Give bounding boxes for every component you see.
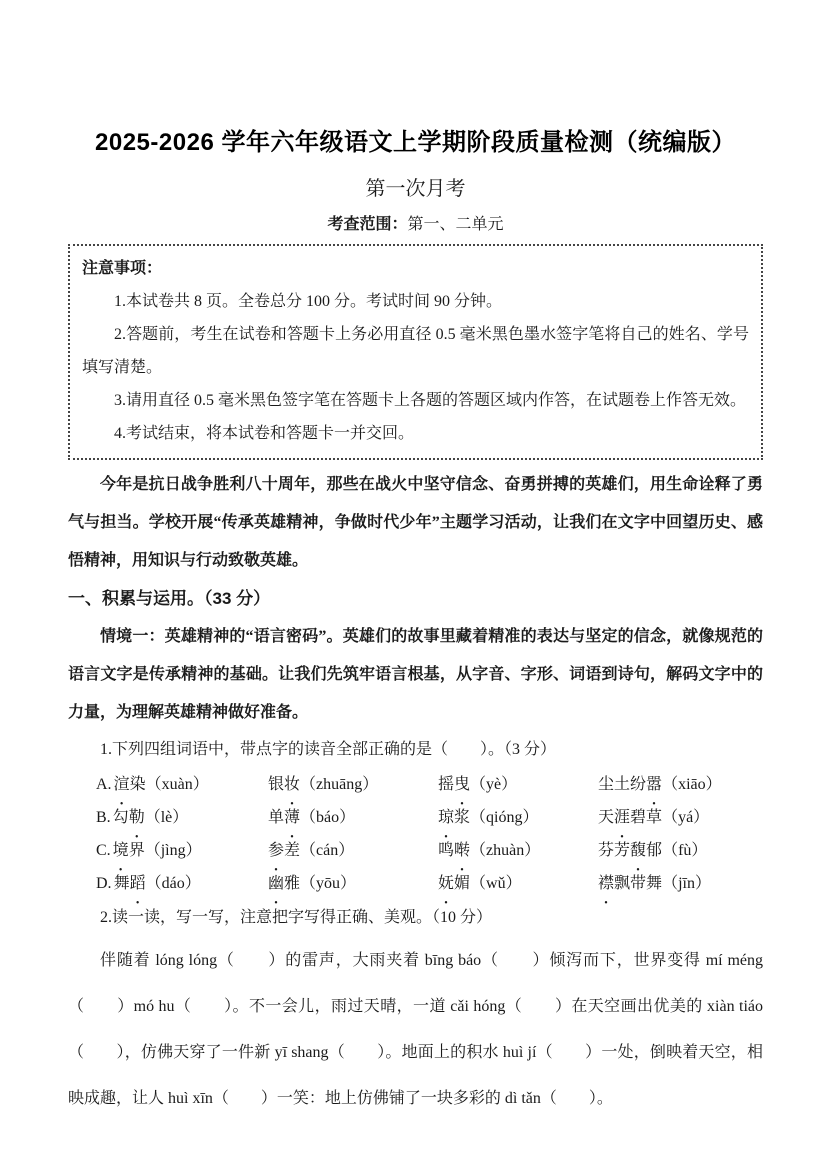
notice-box: 注意事项： 1.本试卷共 8 页。全卷总分 100 分。考试时间 90 分钟。2… (68, 244, 763, 460)
q1-option-row-b: B.勾勒（lè）单薄（báo）琼浆（qióng）天涯碧草（yá） (96, 801, 763, 834)
option-letter: B. (96, 809, 111, 826)
character: 单 (268, 809, 284, 826)
paper-title: 2025-2026 学年六年级语文上学期阶段质量检测（统编版） (68, 126, 763, 160)
word-with-pinyin: 天涯碧草（yá） (598, 801, 763, 834)
pinyin-annotation: （yè） (470, 776, 517, 793)
pinyin-annotation: （lè） (145, 809, 189, 826)
pinyin-annotation: （jīn） (662, 875, 711, 892)
notice-item: 1.本试卷共 8 页。全卷总分 100 分。考试时间 90 分钟。 (82, 285, 749, 318)
option-letter: C. (96, 842, 111, 859)
option-letter: A. (96, 776, 112, 793)
pinyin-annotation: （dáo） (146, 875, 201, 892)
dotted-character: 曳 (454, 768, 470, 801)
pinyin-annotation: （xuàn） (146, 776, 209, 793)
character: 鸣 (438, 842, 454, 859)
intro-paragraph: 今年是抗日战争胜利八十周年，那些在战火中坚守信念、奋勇拼搏的英雄们，用生命诠释了… (68, 466, 763, 580)
dotted-character: 勒 (129, 801, 145, 834)
character: 带 (630, 875, 646, 892)
character: 芬 (598, 842, 614, 859)
dotted-character: 啭 (454, 834, 470, 867)
character: 雅 (284, 875, 300, 892)
question1-stem: 1.下列四组词语中，带点字的读音全部正确的是（ ）。（3 分） (68, 732, 763, 768)
question2-passage: 伴随着 lóng lóng（ ）的雷声，大雨夹着 bīng báo（ ）倾泻而下… (68, 938, 763, 1122)
word-with-pinyin: 襟飘带舞（jīn） (598, 867, 763, 900)
dotted-character: 襟 (598, 867, 614, 900)
character: 勾 (113, 809, 129, 826)
character: 纷 (630, 776, 646, 793)
character: 郁 (646, 842, 662, 859)
notice-item: 3.请用直径 0.5 毫米黑色签字笔在答题卡上各题的答题区域内作答，在试题卷上作… (82, 384, 749, 417)
pinyin-annotation: （jìng） (145, 842, 202, 859)
pinyin-annotation: （báo） (300, 809, 355, 826)
word-with-pinyin: 单薄（báo） (268, 801, 438, 834)
character: 舞 (646, 875, 662, 892)
word-with-pinyin: 尘土纷嚣（xiāo） (598, 768, 763, 801)
character: 媚 (454, 875, 470, 892)
exam-scope-label: 考查范围： (327, 216, 407, 233)
notice-heading: 注意事项： (82, 252, 749, 285)
dotted-character: 渲 (114, 768, 130, 801)
dotted-character: 琼 (438, 801, 454, 834)
pinyin-annotation: （fù） (662, 842, 707, 859)
character: 碧 (630, 809, 646, 826)
notice-item: 4.考试结束，将本试卷和答题卡一并交回。 (82, 417, 749, 450)
q1-option-row-d: D.舞蹈（dáo）幽雅（yōu）妩媚（wǔ）襟飘带舞（jīn） (96, 867, 763, 900)
character: 草 (646, 809, 662, 826)
dotted-character: 幽 (268, 867, 284, 900)
pinyin-annotation: （zhuāng） (300, 776, 378, 793)
dotted-character: 妩 (438, 867, 454, 900)
dotted-character: 蹈 (130, 867, 146, 900)
scenario1-paragraph: 情境一：英雄精神的“语言密码”。英雄们的故事里藏着精准的表达与坚定的信念，就像规… (68, 618, 763, 732)
dotted-character: 嚣 (646, 768, 662, 801)
word-with-pinyin: A.渲染（xuàn） (96, 768, 268, 801)
character: 摇 (438, 776, 454, 793)
pinyin-annotation: （zhuàn） (470, 842, 540, 859)
character: 浆 (454, 809, 470, 826)
character: 染 (130, 776, 146, 793)
character: 土 (614, 776, 630, 793)
pinyin-annotation: （xiāo） (662, 776, 722, 793)
paper-subtitle: 第一次月考 (68, 175, 763, 203)
character: 银 (268, 776, 284, 793)
dotted-character: 涯 (614, 801, 630, 834)
option-letter: D. (96, 875, 112, 892)
pinyin-annotation: （yōu） (300, 875, 356, 892)
dotted-character: 境 (113, 834, 129, 867)
character: 舞 (114, 875, 130, 892)
question1-options: A.渲染（xuàn）银妆（zhuāng）摇曳（yè）尘土纷嚣（xiāo）B.勾勒… (68, 768, 763, 900)
exam-paper-page: 2025-2026 学年六年级语文上学期阶段质量检测（统编版） 第一次月考 考查… (0, 0, 827, 1169)
character: 天 (598, 809, 614, 826)
word-with-pinyin: 鸣啭（zhuàn） (438, 834, 598, 867)
character: 尘 (598, 776, 614, 793)
dotted-character: 妆 (284, 768, 300, 801)
pinyin-annotation: （qióng） (470, 809, 538, 826)
character: 芳 (614, 842, 630, 859)
q1-option-row-a: A.渲染（xuàn）银妆（zhuāng）摇曳（yè）尘土纷嚣（xiāo） (96, 768, 763, 801)
dotted-character: 薄 (284, 801, 300, 834)
exam-scope-line: 考查范围：第一、二单元 (68, 214, 763, 236)
word-with-pinyin: 银妆（zhuāng） (268, 768, 438, 801)
character: 界 (129, 842, 145, 859)
dotted-character: 参 (268, 834, 284, 867)
character: 飘 (614, 875, 630, 892)
q1-option-row-c: C.境界（jìng）参差（cán）鸣啭（zhuàn）芬芳馥郁（fù） (96, 834, 763, 867)
word-with-pinyin: C.境界（jìng） (96, 834, 268, 867)
exam-scope-value: 第一、二单元 (408, 216, 504, 233)
notice-item-list: 1.本试卷共 8 页。全卷总分 100 分。考试时间 90 分钟。2.答题前，考… (82, 285, 749, 450)
word-with-pinyin: 摇曳（yè） (438, 768, 598, 801)
section1-heading: 一、积累与运用。（33 分） (68, 580, 763, 618)
character: 差 (284, 842, 300, 859)
pinyin-annotation: （yá） (662, 809, 709, 826)
question2-stem: 2.读一读，写一写，注意把字写得正确、美观。（10 分） (68, 900, 763, 936)
pinyin-annotation: （cán） (300, 842, 354, 859)
word-with-pinyin: 幽雅（yōu） (268, 867, 438, 900)
notice-item: 2.答题前，考生在试卷和答题卡上务必用直径 0.5 毫米黑色墨水签字笔将自己的姓… (82, 318, 749, 384)
dotted-character: 馥 (630, 834, 646, 867)
pinyin-annotation: （wǔ） (470, 875, 522, 892)
